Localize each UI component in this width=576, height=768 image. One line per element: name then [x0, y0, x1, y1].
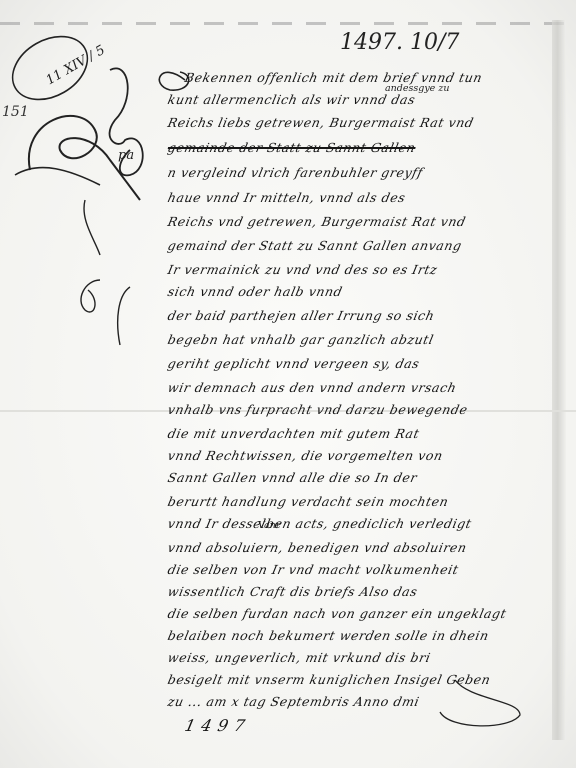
manuscript-line: berurtt handlung verdacht sein mochten — [166, 494, 450, 509]
manuscript-line-struck: gemainde der Statt zu Sannt Gallen — [166, 140, 417, 155]
manuscript-line: wir demnach aus den vnnd andern vrsach — [166, 380, 458, 395]
manuscript-line: n vergleind vlrich farenbuhler greyff — [166, 165, 424, 180]
manuscript-line: belaiben noch bekumert werden solle in d… — [166, 628, 490, 643]
manuscript-line: sich vnnd oder halb vnnd — [166, 284, 344, 299]
page-number: 151 — [2, 104, 29, 120]
manuscript-line: kunt allermenclich als wir vnnd das — [166, 92, 417, 107]
manuscript-line: wissentlich Craft dis briefs Also das — [166, 584, 419, 599]
manuscript-line: vnnd absoluiern, benedigen vnd absoluire… — [166, 540, 468, 555]
manuscript-line-year: 1 4 9 7 — [183, 716, 247, 735]
manuscript-line: vnhalb vns furpracht vnd darzu bewegende — [166, 402, 469, 417]
manuscript-line: zu ... am x tag Septembris Anno dmi — [166, 694, 421, 709]
manuscript-line: Reichs vnd getrewen, Burgermaist Rat vnd — [166, 214, 467, 229]
manuscript-line: vnnd Ir desselben acts, gnediclich verle… — [166, 516, 473, 531]
manuscript-line: die mit unverdachten mit gutem Rat — [166, 426, 421, 441]
manuscript-line: der baid parthejen aller Irrung so sich — [166, 308, 436, 323]
manuscript-line: vnnd Rechtwissen, die vorgemelten von — [166, 448, 444, 463]
monogram-label: pa — [118, 148, 134, 163]
document-date-header: 1497. 10/7 — [340, 30, 459, 55]
manuscript-page: 11 XIV / 5 151 pa S r 1497. 10/7 andessg… — [0, 0, 576, 768]
manuscript-line: haue vnnd Ir mitteln, vnnd als des — [166, 190, 407, 205]
manuscript-line: besigelt mit vnserm kuniglichen Insigel … — [166, 672, 492, 687]
manuscript-line: die selben furdan nach von ganzer ein un… — [166, 606, 508, 621]
manuscript-line: Reichs liebs getrewen, Burgermaist Rat v… — [166, 115, 475, 130]
manuscript-line: begebn hat vnhalb gar ganzlich abzutl — [166, 332, 435, 347]
manuscript-line: Sannt Gallen vnnd alle die so In der — [166, 470, 418, 485]
manuscript-line: geriht geplicht vnnd vergeen sy, das — [166, 356, 421, 371]
manuscript-line: Ir vermainick zu vnd vnd des so es Irtz — [166, 262, 439, 277]
manuscript-line: Bekennen offenlich mit dem brief vnnd tu… — [183, 70, 483, 85]
manuscript-line: gemaind der Statt zu Sannt Gallen anvang — [166, 238, 463, 253]
manuscript-line: weiss, ungeverlich, mit vrkund dis bri — [166, 650, 432, 665]
manuscript-line: die selben von Ir vnd macht volkumenheit — [166, 562, 460, 577]
